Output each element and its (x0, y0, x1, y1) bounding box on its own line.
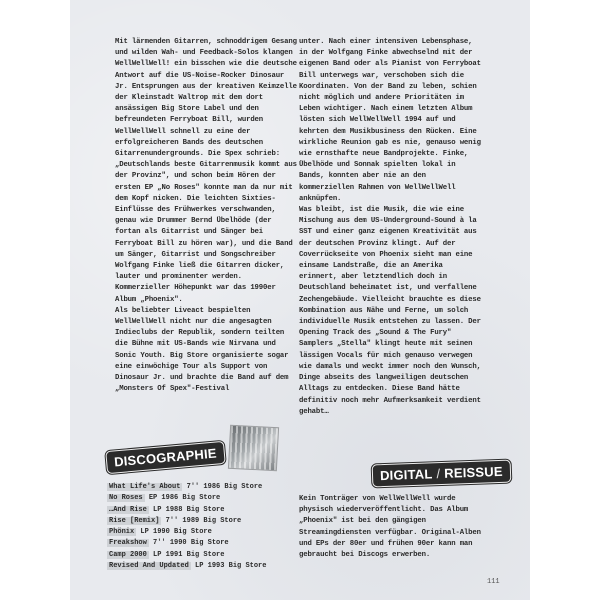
digital-reissue-text: Kein Tonträger von WellWellWell wurde ph… (299, 494, 485, 561)
discography-item: No Roses EP 1986 Big Store (107, 493, 266, 504)
digital-reissue-heading: DIGITAL/REISSUE (372, 460, 511, 488)
article-paragraph: Mit lärmenden Gitarren, schnoddrigem Ges… (115, 37, 301, 306)
discography-item: Freakshow 7'' 1990 Big Store (107, 538, 266, 549)
page-number: 111 (487, 578, 500, 586)
magazine-page: Mit lärmenden Gitarren, schnoddrigem Ges… (70, 0, 530, 600)
discography-item: Revised And Updated LP 1993 Big Store (107, 561, 266, 572)
discography-item: …And Rise LP 1988 Big Store (107, 505, 266, 516)
discography-heading: DISCOGRAPHIE (105, 441, 225, 474)
article-paragraph: Was bleibt, ist die Musik, die wie eine … (299, 205, 485, 418)
discography-item: Camp 2000 LP 1991 Big Store (107, 550, 266, 561)
discography-list: What Life's About 7'' 1986 Big Store No … (107, 482, 266, 572)
article-left-column: Mit lärmenden Gitarren, schnoddrigem Ges… (115, 37, 301, 396)
discography-item: Phönix LP 1990 Big Store (107, 527, 266, 538)
article-right-column: unter. Nach einer intensiven Lebensphase… (299, 37, 485, 418)
article-paragraph: unter. Nach einer intensiven Lebensphase… (299, 37, 485, 205)
article-paragraph: Als beliebter Liveact bespielten WellWel… (115, 306, 301, 396)
digital-paragraph: Kein Tonträger von WellWellWell wurde ph… (299, 494, 485, 561)
discography-item: Rise [Remix] 7'' 1989 Big Store (107, 516, 266, 527)
discography-item: What Life's About 7'' 1986 Big Store (107, 482, 266, 493)
album-cover-image (228, 425, 279, 472)
